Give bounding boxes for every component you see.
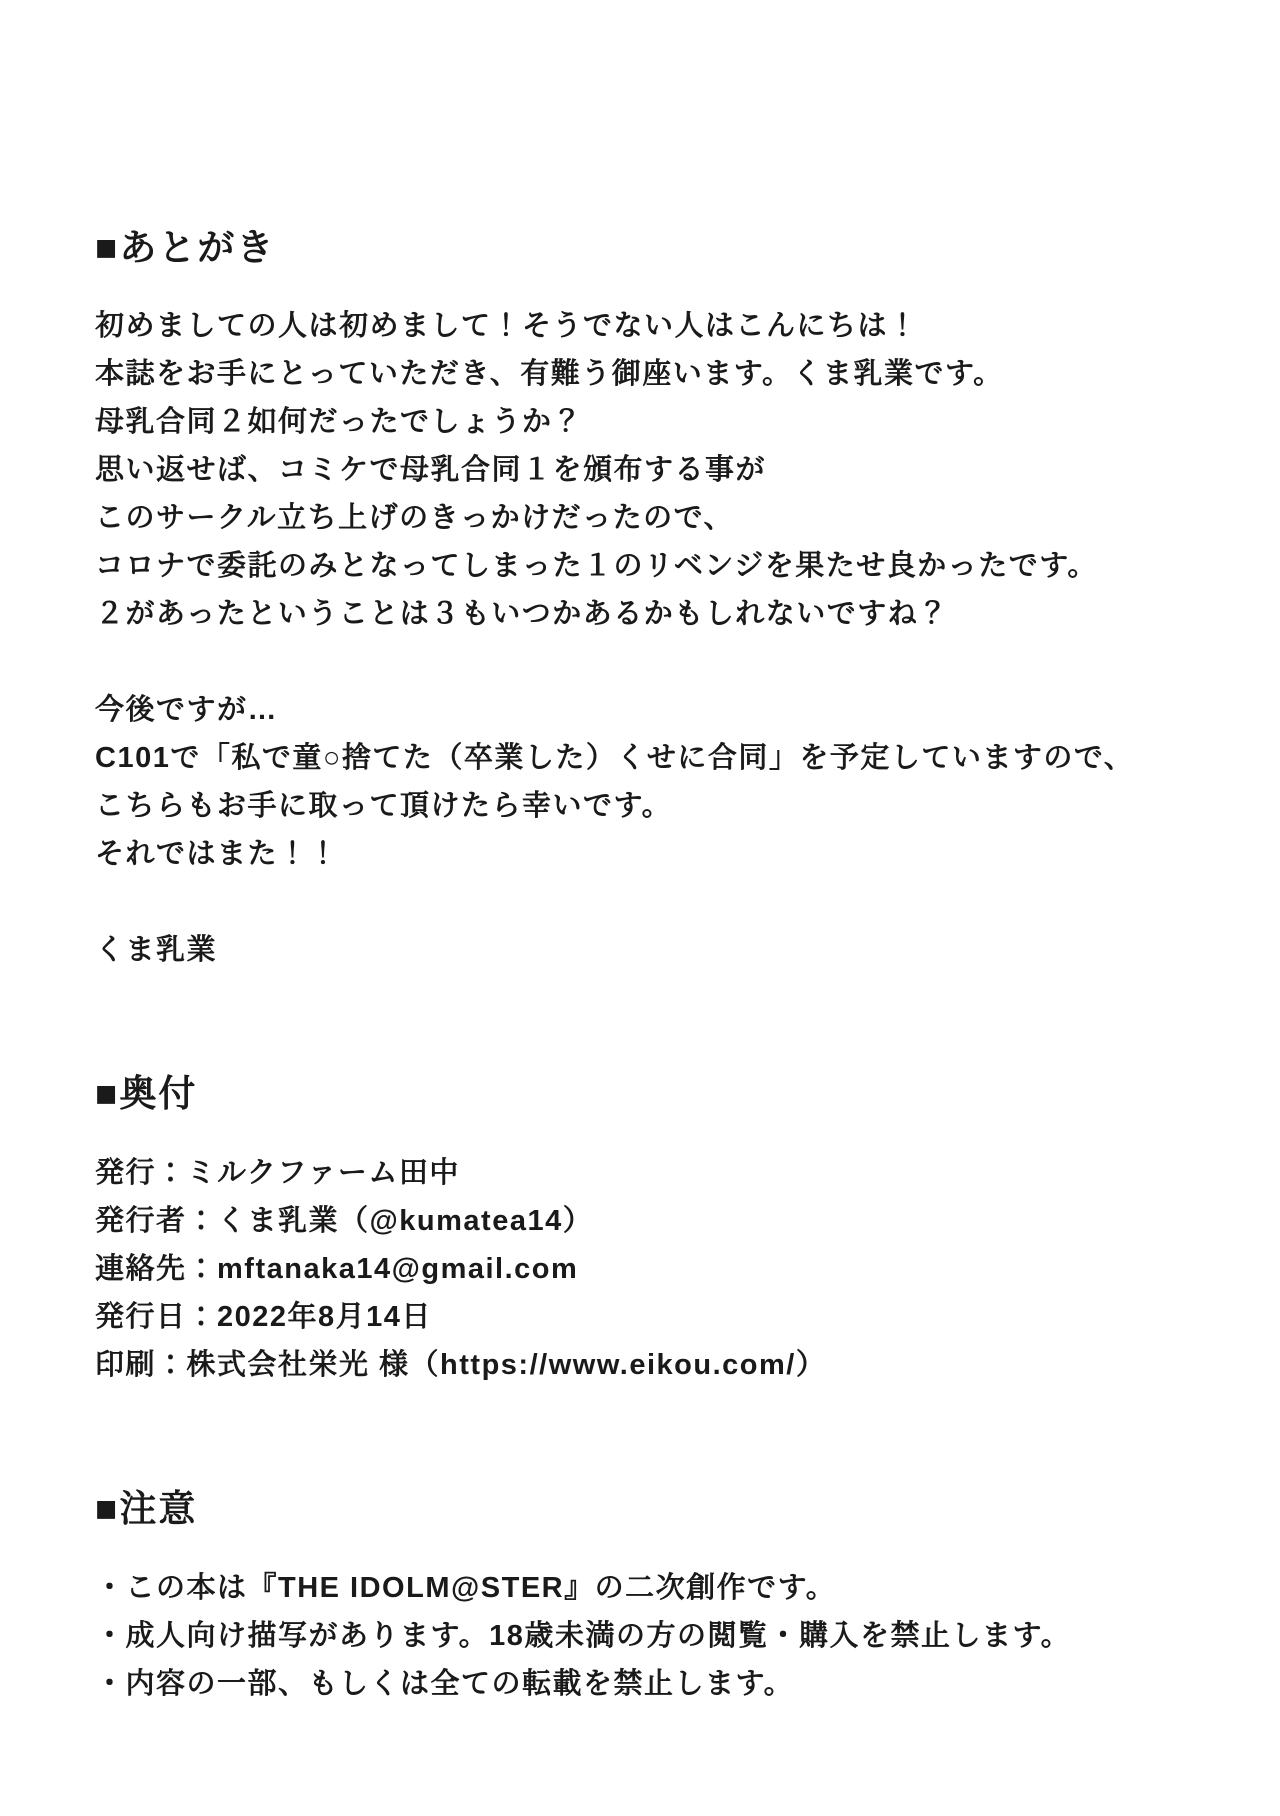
colophon-printer: 印刷：株式会社栄光 様（https://www.eikou.com/） <box>95 1341 1230 1389</box>
afterword-line: C101で「私で童○捨てた（卒業した）くせに合同」を予定していますので、 <box>95 734 1230 782</box>
afterword-line: 本誌をお手にとっていただき、有難う御座います。くま乳業です。 <box>95 350 1230 398</box>
afterword-line: このサークル立ち上げのきっかけだったので、 <box>95 494 1230 542</box>
afterword-line: ２があったということは３もいつかあるかもしれないですね？ <box>95 590 1230 638</box>
notice-items: ・この本は『THE IDOLM@STER』の二次創作です。 ・成人向け描写があり… <box>95 1564 1230 1708</box>
colophon-author: 発行者：くま乳業（@kumatea14） <box>95 1197 1230 1245</box>
afterword-line: こちらもお手に取って頂けたら幸いです。 <box>95 782 1230 830</box>
afterword-line: 今後ですが… <box>95 686 1230 734</box>
afterword-heading: ■あとがき <box>95 224 1230 272</box>
afterword-line: コロナで委託のみとなってしまった１のリベンジを果たせ良かったです。 <box>95 542 1230 590</box>
colophon-publisher: 発行：ミルクファーム田中 <box>95 1149 1230 1197</box>
scanned-page: ■あとがき 初めましての人は初めまして！そうでない人はこんにちは！ 本誌をお手に… <box>0 0 1280 1816</box>
afterword-line: 母乳合同２如何だったでしょうか？ <box>95 398 1230 446</box>
colophon-section: ■奥付 発行：ミルクファーム田中 発行者：くま乳業（@kumatea14） 連絡… <box>95 1070 1230 1389</box>
notice-item-no-reproduction: ・内容の一部、もしくは全ての転載を禁止します。 <box>95 1660 1230 1708</box>
afterword-line: 初めましての人は初めまして！そうでない人はこんにちは！ <box>95 302 1230 350</box>
notice-item-derivative-work: ・この本は『THE IDOLM@STER』の二次創作です。 <box>95 1564 1230 1612</box>
colophon-lines: 発行：ミルクファーム田中 発行者：くま乳業（@kumatea14） 連絡先：mf… <box>95 1149 1230 1389</box>
author-signature: くま乳業 <box>95 926 1230 974</box>
colophon-contact-email: 連絡先：mftanaka14@gmail.com <box>95 1245 1230 1293</box>
afterword-line: 思い返せば、コミケで母乳合同１を頒布する事が <box>95 446 1230 494</box>
afterword-section: ■あとがき 初めましての人は初めまして！そうでない人はこんにちは！ 本誌をお手に… <box>95 224 1230 975</box>
colophon-publish-date: 発行日：2022年8月14日 <box>95 1293 1230 1341</box>
afterword-paragraph-2: 今後ですが… C101で「私で童○捨てた（卒業した）くせに合同」を予定しています… <box>95 686 1230 878</box>
colophon-heading: ■奥付 <box>95 1070 1230 1118</box>
afterword-line: それではまた！！ <box>95 830 1230 878</box>
notice-section: ■注意 ・この本は『THE IDOLM@STER』の二次創作です。 ・成人向け描… <box>95 1485 1230 1708</box>
afterword-paragraph-1: 初めましての人は初めまして！そうでない人はこんにちは！ 本誌をお手にとっていただ… <box>95 302 1230 638</box>
signature-block: くま乳業 <box>95 926 1230 974</box>
notice-heading: ■注意 <box>95 1485 1230 1533</box>
notice-item-adult-content: ・成人向け描写があります。18歳未満の方の閲覧・購入を禁止します。 <box>95 1612 1230 1660</box>
page-content: ■あとがき 初めましての人は初めまして！そうでない人はこんにちは！ 本誌をお手に… <box>95 0 1230 1708</box>
